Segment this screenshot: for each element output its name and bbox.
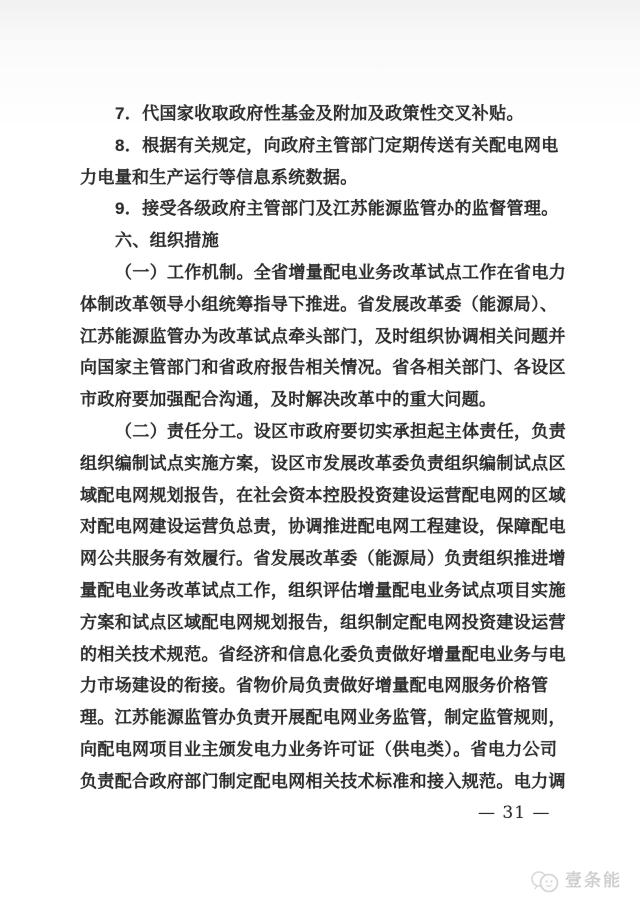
watermark: 壹条能 <box>530 869 622 893</box>
page-number: — 31 — <box>478 803 550 823</box>
text-line: 江苏能源监管办为改革试点牵头部门，及时组织协调相关问题并 <box>80 321 570 353</box>
text-line: 力市场建设的衔接。省物价局负责做好增量配电网服务价格管 <box>80 670 570 702</box>
text-line: 量配电业务改革试点工作，组织评估增量配电业务试点项目实施 <box>80 575 570 607</box>
document-body: 7．代国家收取政府性基金及附加及政策性交叉补贴。 8．根据有关规定，向政府主管部… <box>80 98 570 798</box>
text-line: 理。江苏能源监管办负责开展配电网业务监管，制定监管规则， <box>80 702 570 734</box>
text-line: 对配电网建设运营负总责，协调推进配电网工程建设，保障配电 <box>80 511 570 543</box>
text-line: 体制改革领导小组统筹指导下推进。省发展改革委（能源局）、 <box>80 289 570 321</box>
text-line: 组织编制试点实施方案，设区市发展改革委负责组织编制试点区 <box>80 448 570 480</box>
text-line: 9．接受各级政府主管部门及江苏能源监管办的监督管理。 <box>80 193 570 225</box>
section-heading: 六、组织措施 <box>80 225 570 257</box>
chat-faces-logo-icon <box>530 869 560 893</box>
text-line: 域配电网规划报告，在社会资本控股投资建设运营配电网的区域 <box>80 480 570 512</box>
text-line: 负责配合政府部门制定配电网相关技术标准和接入规范。电力调 <box>80 766 570 798</box>
text-line: 网公共服务有效履行。省发展改革委（能源局）负责组织推进增 <box>80 543 570 575</box>
text-line: 的相关技术规范。省经济和信息化委负责做好增量配电业务与电 <box>80 639 570 671</box>
watermark-text: 壹条能 <box>565 869 622 893</box>
scanned-document-page: 7．代国家收取政府性基金及附加及政策性交叉补贴。 8．根据有关规定，向政府主管部… <box>0 0 640 906</box>
text-line: 市政府要加强配合沟通，及时解决改革中的重大问题。 <box>80 384 570 416</box>
text-line: （一）工作机制。全省增量配电业务改革试点工作在省电力 <box>80 257 570 289</box>
text-line: （二）责任分工。设区市政府要切实承担起主体责任，负责 <box>80 416 570 448</box>
text-line: 向配电网项目业主颁发电力业务许可证（供电类）。省电力公司 <box>80 734 570 766</box>
text-line: 向国家主管部门和省政府报告相关情况。省各相关部门、各设区 <box>80 352 570 384</box>
text-line: 8．根据有关规定，向政府主管部门定期传送有关配电网电 <box>80 130 570 162</box>
text-line: 方案和试点区域配电网规划报告，组织制定配电网投资建设运营 <box>80 607 570 639</box>
text-line: 7．代国家收取政府性基金及附加及政策性交叉补贴。 <box>80 98 570 130</box>
text-line: 力电量和生产运行等信息系统数据。 <box>80 162 570 194</box>
